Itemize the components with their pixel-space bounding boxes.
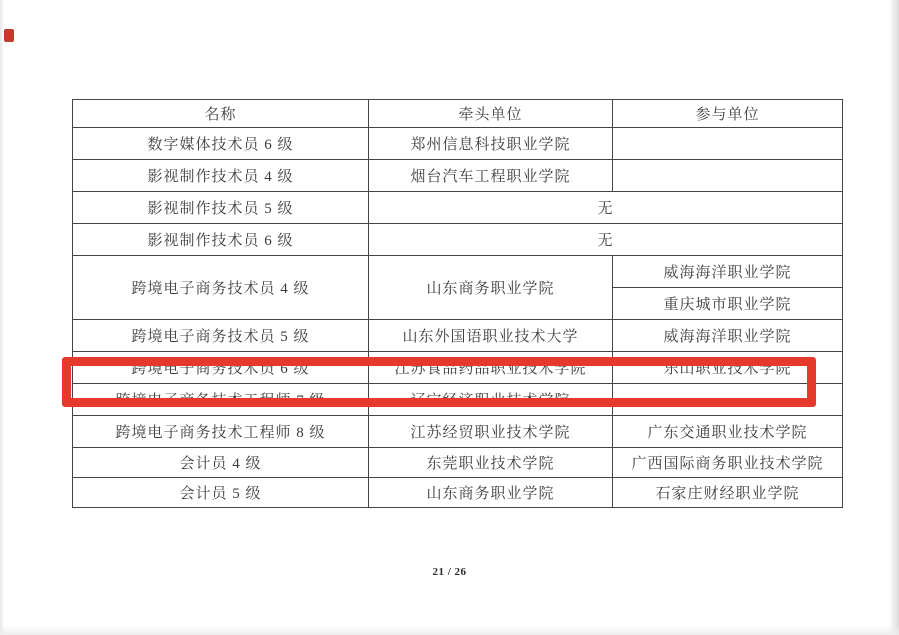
table-row: 跨境电子商务技术员 4 级 山东商务职业学院 威海海洋职业学院 <box>73 256 843 288</box>
cell-participant-unit <box>613 384 843 416</box>
header-name: 名称 <box>73 100 369 128</box>
cell-name: 跨境电子商务技术工程师 8 级 <box>73 416 369 448</box>
cell-lead-unit: 山东外国语职业技术大学 <box>369 320 613 352</box>
cell-merged-none: 无 <box>369 224 843 256</box>
cell-lead-unit: 山东商务职业学院 <box>369 478 613 508</box>
cell-name: 数字媒体技术员 6 级 <box>73 128 369 160</box>
page-edge-left <box>0 0 4 635</box>
cell-participant-unit <box>613 128 843 160</box>
cell-participant-unit: 重庆城市职业学院 <box>613 288 843 320</box>
cell-name: 跨境电子商务技术员 6 级 <box>73 352 369 384</box>
qualification-table: 名称 牵头单位 参与单位 数字媒体技术员 6 级 郑州信息科技职业学院 影视制作… <box>72 99 843 508</box>
cell-name: 跨境电子商务技术工程师 7 级 <box>73 384 369 416</box>
table-row-highlighted: 跨境电子商务技术员 6 级 江苏食品药品职业技术学院 乐山职业技术学院 <box>73 352 843 384</box>
cell-lead-unit: 江苏食品药品职业技术学院 <box>369 352 613 384</box>
table-row: 跨境电子商务技术工程师 8 级 江苏经贸职业技术学院 广东交通职业技术学院 <box>73 416 843 448</box>
cell-name: 影视制作技术员 6 级 <box>73 224 369 256</box>
table-row: 跨境电子商务技术工程师 7 级 辽宁经济职业技术学院 <box>73 384 843 416</box>
cell-lead-unit: 辽宁经济职业技术学院 <box>369 384 613 416</box>
table-row: 影视制作技术员 5 级 无 <box>73 192 843 224</box>
cell-name: 跨境电子商务技术员 4 级 <box>73 256 369 320</box>
table-row: 影视制作技术员 6 级 无 <box>73 224 843 256</box>
cell-lead-unit: 郑州信息科技职业学院 <box>369 128 613 160</box>
cell-name: 会计员 5 级 <box>73 478 369 508</box>
table-header-row: 名称 牵头单位 参与单位 <box>73 100 843 128</box>
table-row: 跨境电子商务技术员 5 级 山东外国语职业技术大学 威海海洋职业学院 <box>73 320 843 352</box>
cell-lead-unit: 江苏经贸职业技术学院 <box>369 416 613 448</box>
cell-participant-unit: 乐山职业技术学院 <box>613 352 843 384</box>
page-edge-bottom <box>0 626 899 635</box>
cell-participant-unit: 石家庄财经职业学院 <box>613 478 843 508</box>
cell-participant-unit: 广东交通职业技术学院 <box>613 416 843 448</box>
cell-lead-unit: 烟台汽车工程职业学院 <box>369 160 613 192</box>
cell-participant-unit <box>613 160 843 192</box>
table-row: 会计员 5 级 山东商务职业学院 石家庄财经职业学院 <box>73 478 843 508</box>
page-edge-right <box>889 0 899 635</box>
table-row: 数字媒体技术员 6 级 郑州信息科技职业学院 <box>73 128 843 160</box>
table-row: 会计员 4 级 东莞职业技术学院 广西国际商务职业技术学院 <box>73 448 843 478</box>
cell-lead-unit: 山东商务职业学院 <box>369 256 613 320</box>
cell-name: 影视制作技术员 4 级 <box>73 160 369 192</box>
page-number: 21 / 26 <box>0 566 899 578</box>
cell-merged-none: 无 <box>369 192 843 224</box>
cell-participant-unit: 广西国际商务职业技术学院 <box>613 448 843 478</box>
cell-lead-unit: 东莞职业技术学院 <box>369 448 613 478</box>
cell-participant-unit: 威海海洋职业学院 <box>613 320 843 352</box>
red-annotation-marker <box>4 29 14 42</box>
table-row: 影视制作技术员 4 级 烟台汽车工程职业学院 <box>73 160 843 192</box>
cell-name: 跨境电子商务技术员 5 级 <box>73 320 369 352</box>
cell-name: 影视制作技术员 5 级 <box>73 192 369 224</box>
header-participant-unit: 参与单位 <box>613 100 843 128</box>
cell-participant-unit: 威海海洋职业学院 <box>613 256 843 288</box>
header-lead-unit: 牵头单位 <box>369 100 613 128</box>
cell-name: 会计员 4 级 <box>73 448 369 478</box>
document-page: 名称 牵头单位 参与单位 数字媒体技术员 6 级 郑州信息科技职业学院 影视制作… <box>0 0 899 635</box>
